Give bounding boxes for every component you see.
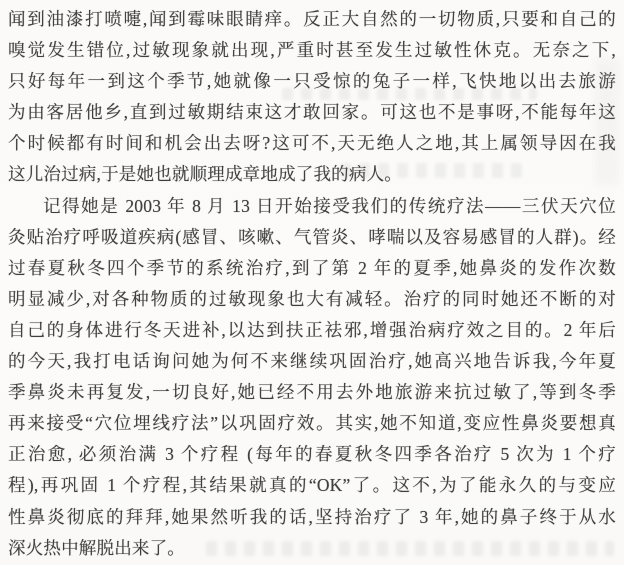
body-text: 闻到油漆打喷嚏,闻到霉味眼睛痒。反正大自然的一切物质,只要和自己的嗅觉发生错位,… [8, 4, 616, 564]
text-line: 为由客居他乡,直到过敏期结束这才敢回家。可这也不是事呀,不能每年这 [8, 97, 616, 128]
text-line: 性鼻炎彻底的拜拜,她果然听我的话,坚持治疗了 3 年,她的鼻子终于从水 [8, 502, 616, 533]
text-line: 个时候都有时间和机会出去呀?这可不,天无绝人之地,其上属领导因在我 [8, 128, 616, 159]
text-line: 再来接受“穴位埋线疗法”以巩固疗效。其实,她不知道,变应性鼻炎要想真 [8, 408, 616, 439]
text-line: 明显减少,对各种物质的过敏现象也大有减轻。治疗的同时她还不断的对 [8, 284, 616, 315]
text-line: 季鼻炎未再复发,一切良好,她已经不用去外地旅游来抗过敏了,等到冬季 [8, 377, 616, 408]
text-line: 只好每年一到这个季节,她就像一只受惊的兔子一样,飞快地以出去旅游 [8, 66, 616, 97]
text-line: 闻到油漆打喷嚏,闻到霉味眼睛痒。反正大自然的一切物质,只要和自己的 [8, 4, 616, 35]
text-line: 自己的身体进行冬天进补,以达到扶正祛邪,增强治病疗效之目的。2 年后 [8, 315, 616, 346]
text-line: 的今天,我打电话询问她为何不来继续巩固治疗,她高兴地告诉我,今年夏 [8, 346, 616, 377]
text-line: 深火热中解脱出来了。 [8, 533, 616, 564]
text-line: 这儿治过病,于是她也就顺理成章地成了我的病人。 [8, 159, 616, 190]
text-line: 记得她是 2003 年 8 月 13 日开始接受我们的传统疗法——三伏天穴位 [8, 191, 616, 222]
text-line: 嗅觉发生错位,过敏现象就出现,严重时甚至发生过敏性休克。无奈之下, [8, 35, 616, 66]
text-line: 过春夏秋冬四个季节的系统治疗,到了第 2 年的夏季,她鼻炎的发作次数 [8, 253, 616, 284]
text-line: 灸贴治疗呼吸道疾病(感冒、咳嗽、气管炎、哮喘以及容易感冒的人群)。经 [8, 222, 616, 253]
text-line: 程),再巩固 1 个疗程,其结果就真的“OK”了。这不,为了能永久的与变应 [8, 470, 616, 501]
text-line: 正治愈, 必须治满 3 个疗程 (每年的春夏秋冬四季各治疗 5 次为 1 个疗 [8, 439, 616, 470]
book-page: 闻到油漆打喷嚏,闻到霉味眼睛痒。反正大自然的一切物质,只要和自己的嗅觉发生错位,… [0, 0, 624, 565]
